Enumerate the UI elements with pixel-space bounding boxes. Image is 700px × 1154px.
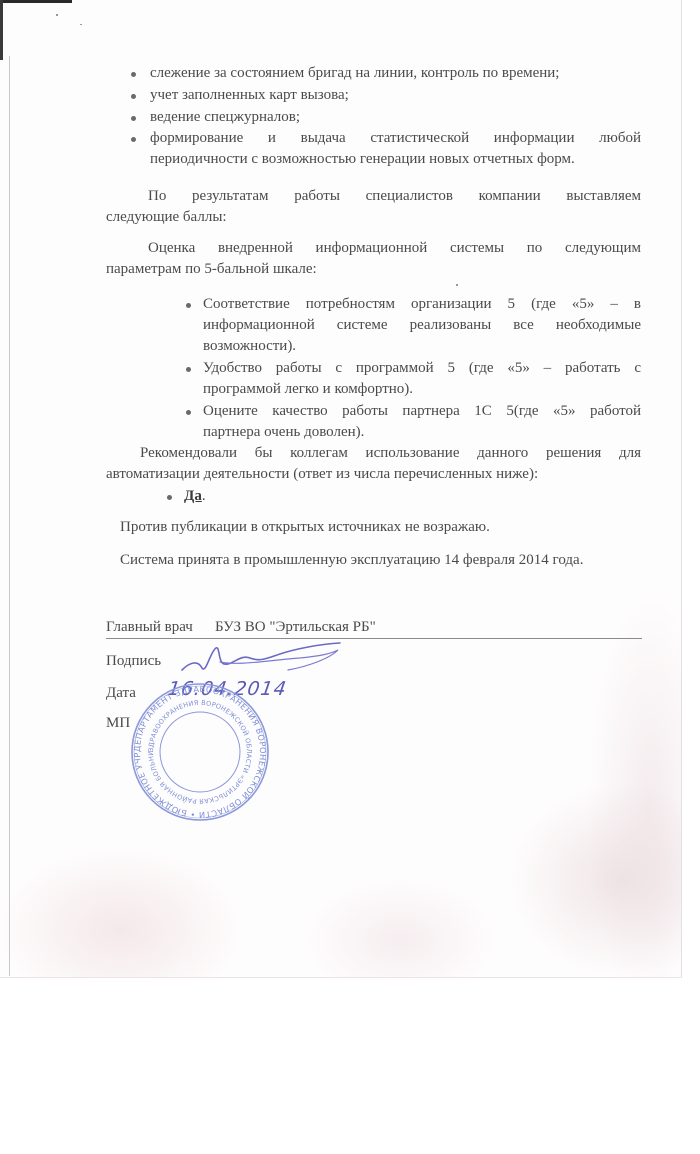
signature-rule (106, 638, 642, 639)
list-item: формирование и выдача статистической инф… (150, 128, 641, 149)
official-stamp: ДЕПАРТАМЕНТ ЗДРАВООХРАНЕНИЯ ВОРОНЕЖСКОЙ … (130, 682, 270, 822)
list-item: учет заполненных карт вызова; (150, 85, 349, 106)
bullet-icon (131, 94, 136, 99)
signatory-organization: БУЗ ВО "Эртильская РБ" (215, 617, 376, 638)
bullet-icon (131, 116, 136, 121)
bullet-icon (131, 72, 136, 77)
answer-yes: Да (184, 488, 202, 504)
paragraph-scores-continuation: следующие баллы: (106, 207, 227, 228)
rating-item-continuation: партнера очень доволен). (203, 422, 364, 443)
list-item: слежение за состоянием бригад на линии, … (150, 63, 559, 84)
recommendation-answer: Да. (184, 486, 206, 507)
bullet-icon (186, 303, 191, 308)
signatory-position: Главный врач (106, 617, 193, 638)
paragraph-evaluation-continuation: параметрам по 5-бальной шкале: (106, 259, 317, 280)
list-item-continuation: периодичности с возможностью генерации н… (150, 149, 575, 170)
bullet-icon (186, 367, 191, 372)
no-objection-statement: Против публикации в открытых источниках … (120, 517, 490, 538)
paragraph-scores: По результатам работы специалистов компа… (148, 186, 641, 207)
handwritten-signature (180, 640, 350, 680)
document-body: слежение за состоянием бригад на линии, … (0, 0, 681, 977)
paragraph-evaluation: Оценка внедренной информационной системы… (148, 238, 641, 259)
seal-label: МП (106, 713, 130, 734)
rating-item: Оцените качество работы партнера 1С 5(гд… (203, 401, 641, 422)
rating-item: Соответствие потребностям организации 5 … (203, 294, 641, 315)
list-item: ведение спецжурналов; (150, 107, 300, 128)
paragraph-recommendation-continuation: автоматизации деятельности (ответ из чис… (106, 464, 538, 485)
bullet-icon (167, 495, 172, 500)
answer-suffix: . (202, 488, 206, 504)
bullet-icon (131, 137, 136, 142)
bullet-icon (186, 410, 191, 415)
paragraph-recommendation: Рекомендовали бы коллегам использование … (140, 443, 641, 464)
signature-label: Подпись (106, 651, 161, 672)
rating-item: Удобство работы с программой 5 (где «5» … (203, 358, 641, 379)
acceptance-statement: Система принята в промышленную эксплуата… (120, 550, 583, 571)
rating-item-continuation: программой легко и комфортно). (203, 379, 413, 400)
rating-item-continuation: информационной системе реализованы все н… (203, 315, 641, 336)
rating-item-continuation: возможности). (203, 336, 296, 357)
